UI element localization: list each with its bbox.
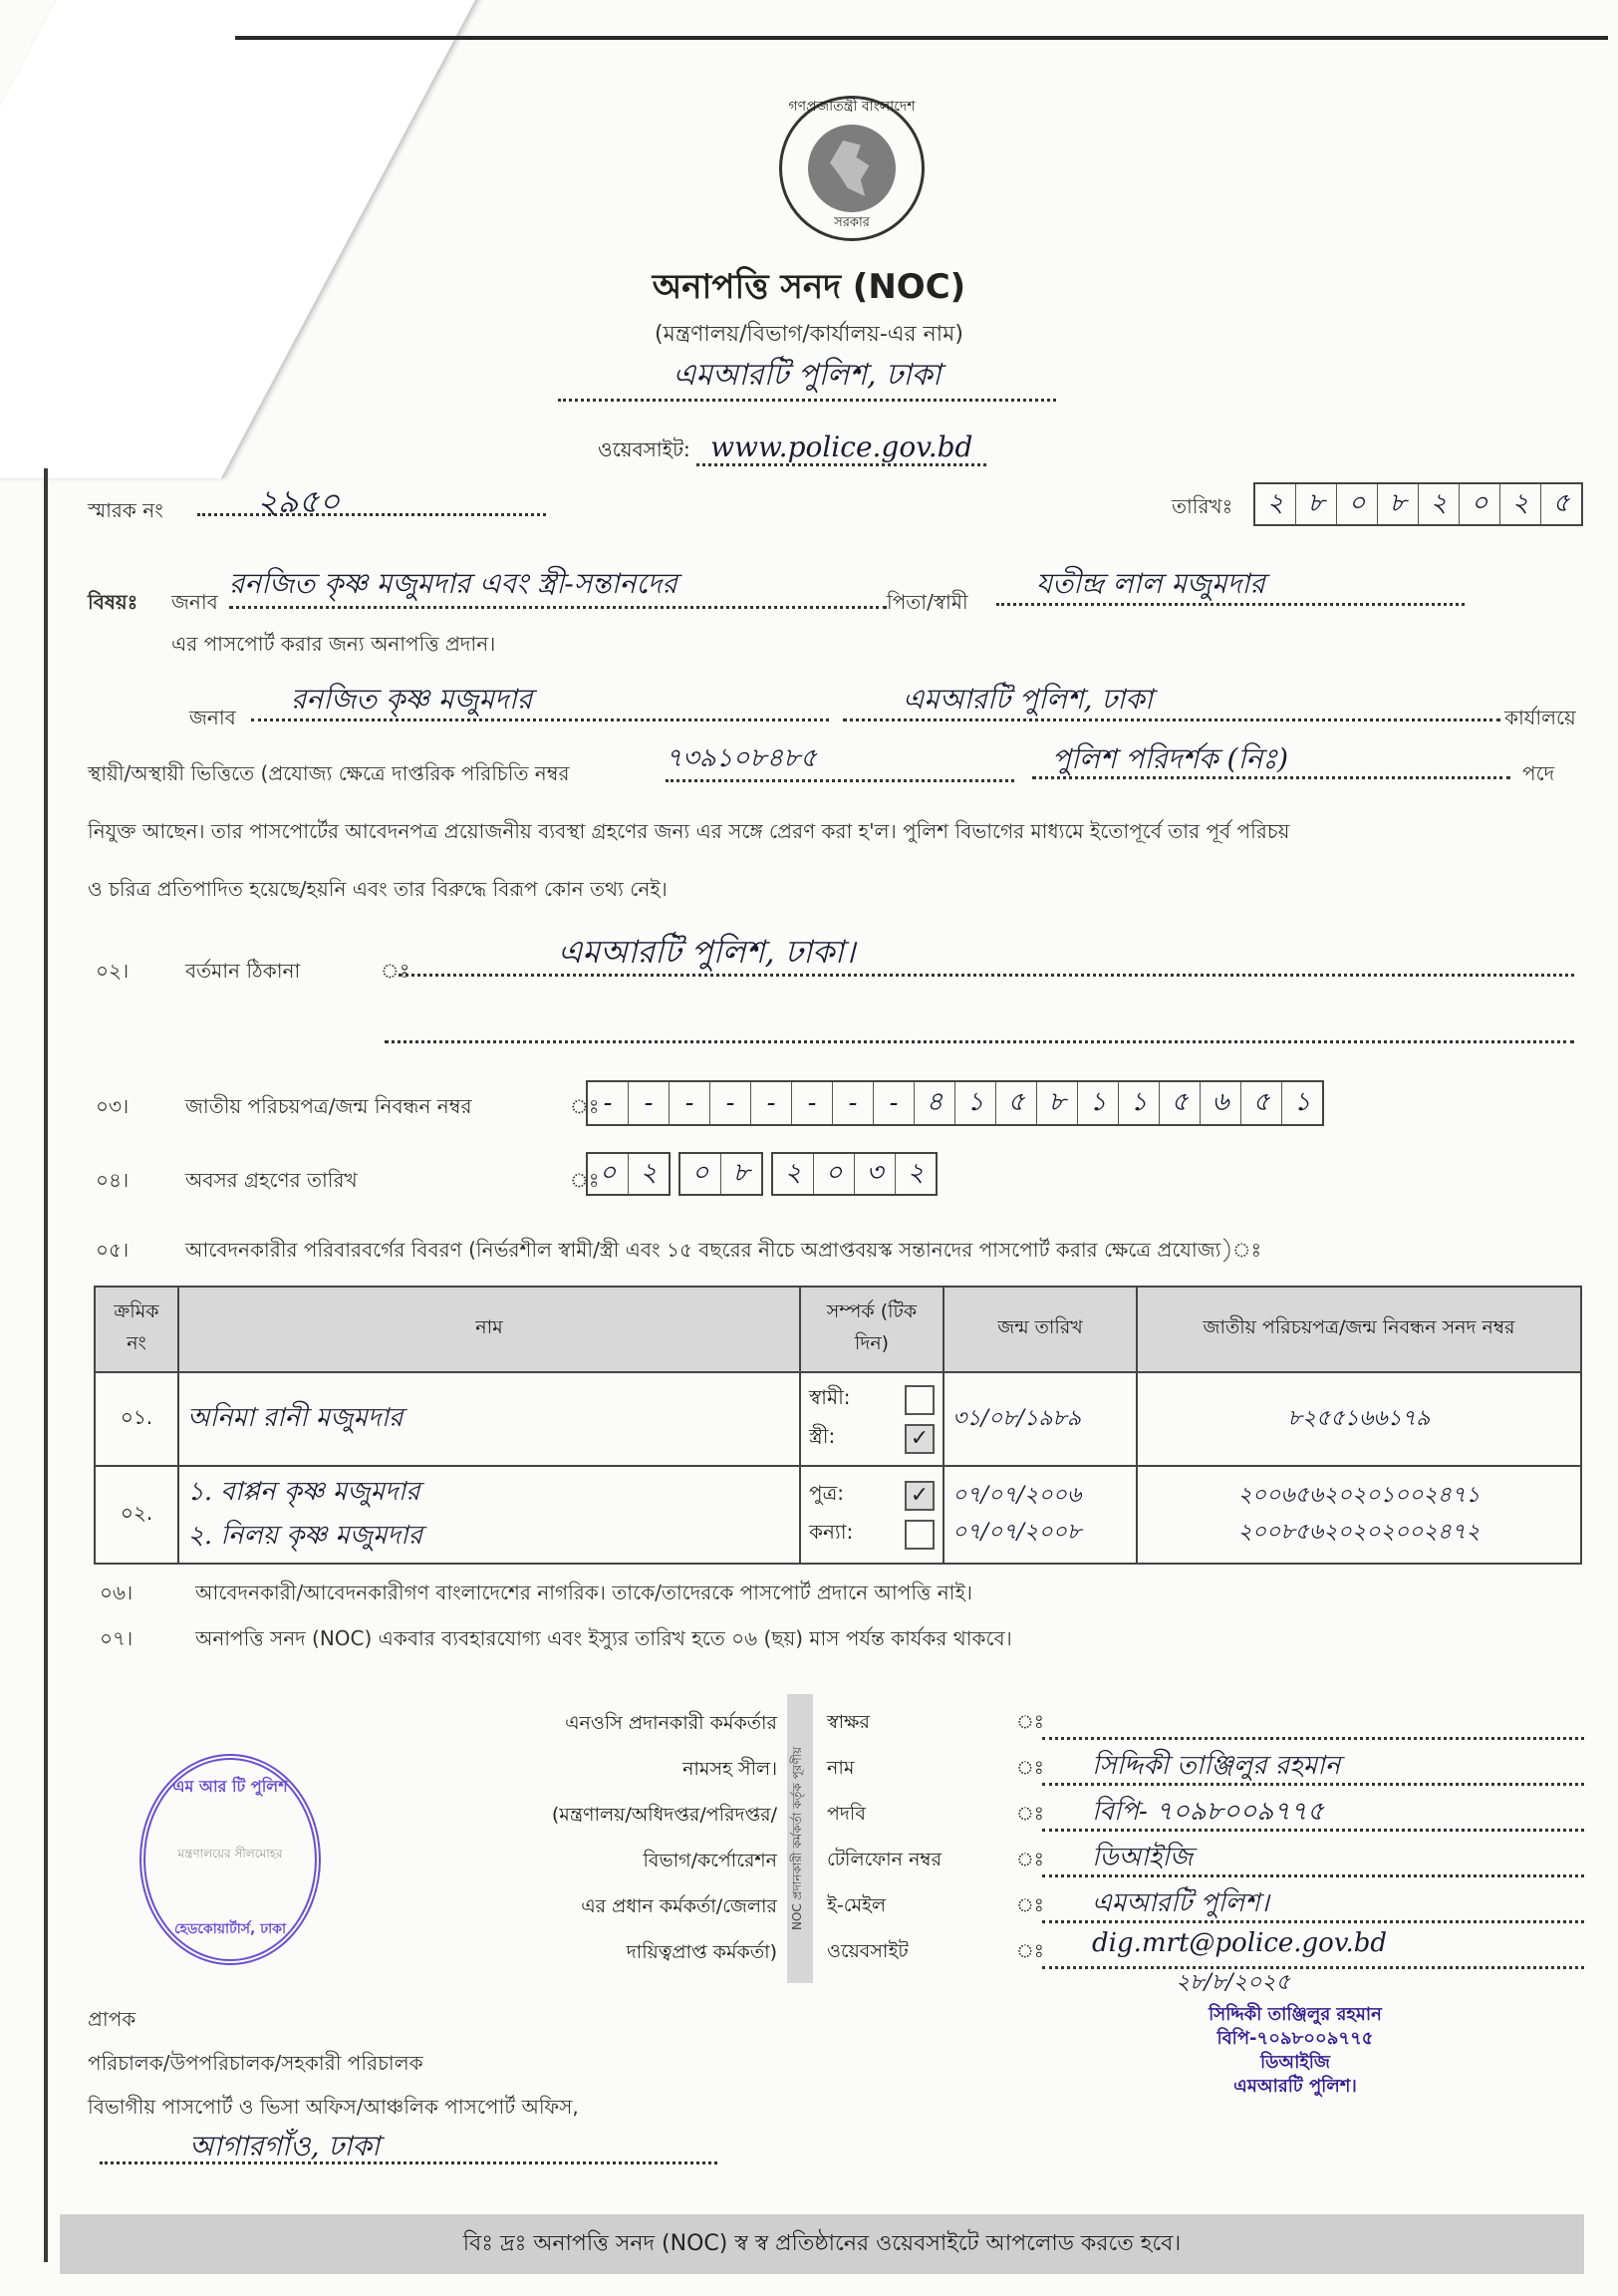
address-num: ০২। — [96, 957, 129, 990]
retirement-date-boxes[interactable]: ০২ ০৮ ২০৩২ — [586, 1152, 938, 1196]
government-emblem: গণপ্রজাতন্ত্রী বাংলাদেশ সরকার — [779, 96, 925, 241]
subject-label: বিষয়ঃ — [88, 588, 137, 621]
issuer-caption: এনওসি প্রদানকারী কর্মকর্তারনামসহ সীল।(মন… — [438, 1700, 777, 1975]
cell-name[interactable]: অনিমা রানী মজুমদার — [178, 1372, 800, 1466]
date-label: তারিখঃ — [1172, 492, 1232, 525]
seal-line: সিদ্দিকী তাঞ্জিলুর রহমান — [1136, 2003, 1455, 2027]
retirement-label: অবসর গ্রহণের তারিখ — [185, 1166, 358, 1199]
family-table-header: ক্রমিক নং নাম সম্পর্ক (টিক দিন) জন্ম তার… — [95, 1287, 1581, 1372]
nid-value[interactable]: ২০০৬৫৬২০২০১০০২৪৭১ — [1146, 1478, 1572, 1515]
seal-line: এমআরটি পুলিশ। — [1136, 2075, 1455, 2099]
office-field[interactable]: এমআরটি পুলিশ, ঢাকা — [843, 678, 1500, 721]
issuer-field-label: টেলিফোন নম্বর — [827, 1846, 1016, 1877]
digit-box[interactable]: ১ — [955, 1082, 996, 1124]
footer-note-band: বিঃ দ্রঃ অনাপত্তি সনদ (NOC) স্ব স্ব প্রত… — [60, 2214, 1584, 2274]
website-field[interactable]: www.police.gov.bd — [696, 430, 986, 466]
issuer-field-label: ওয়েবসাইট — [827, 1937, 1016, 1969]
digit-box[interactable]: ৮ — [1378, 484, 1419, 524]
issuer-field-row: টেলিফোন নম্বরঃডিআইজি — [827, 1832, 1584, 1877]
retirement-year[interactable]: ২০৩২ — [771, 1152, 938, 1196]
nid-label: জাতীয় পরিচয়পত্র/জন্ম নিবন্ধন নম্বর — [185, 1092, 471, 1125]
digit-box[interactable]: - — [670, 1082, 710, 1124]
subject-line2: এর পাসপোর্ট করার জন্য অনাপত্তি প্রদান। — [171, 630, 495, 663]
member-name[interactable]: ২. নিলয় কৃষ্ণ মজুমদার — [187, 1515, 791, 1559]
recipient-line1: পরিচালক/উপপরিচালক/সহকারী পরিচালক — [88, 2049, 423, 2082]
digit-box[interactable]: ৬ — [1201, 1082, 1241, 1124]
retirement-num: ০৪। — [96, 1166, 129, 1199]
cell-relation: স্বামী:স্ত্রী:✓ — [800, 1372, 944, 1466]
family-table-row: ০১.অনিমা রানী মজুমদারস্বামী:স্ত্রী:✓৩১/০… — [95, 1372, 1581, 1466]
issuer-field-row: ই-মেইলঃএমআরটি পুলিশ। — [827, 1877, 1584, 1923]
bangladesh-map-icon — [830, 141, 874, 196]
relation-checkbox[interactable] — [905, 1385, 935, 1415]
colon: ঃ — [1016, 1846, 1042, 1877]
office-suffix: কার্যালয়ে — [1504, 704, 1576, 736]
relation-label: পুত্র: — [809, 1479, 844, 1512]
digit-box[interactable]: ২ — [1500, 484, 1541, 524]
seal-line: ডিআইজি — [1136, 2051, 1455, 2075]
cell-relation: পুত্র:✓কন্যা: — [800, 1466, 944, 1564]
digit-box[interactable]: - — [833, 1082, 874, 1124]
emblem-disc — [808, 125, 896, 212]
caption-line: (মন্ত্রণালয়/অধিদপ্তর/পরিদপ্তর/ — [438, 1792, 777, 1838]
basis-text: স্থায়ী/অস্থায়ী ভিত্তিতে (প্রযোজ্য ক্ষে… — [88, 759, 570, 792]
body-para-line3: নিযুক্ত আছেন। তার পাসপোর্টের আবেদনপত্র প… — [88, 817, 1582, 850]
colon: ঃ — [1016, 1754, 1042, 1786]
issuer-field-label: পদবি — [827, 1800, 1016, 1832]
digit-box[interactable]: ৫ — [1541, 484, 1581, 524]
address-label: বর্তমান ঠিকানা — [185, 957, 300, 990]
family-num: ০৫। — [96, 1236, 129, 1269]
issuer-field-row: পদবিঃবিপি- ৭০৯৮০০৯৭৭৫ — [827, 1786, 1584, 1832]
father-name-field[interactable]: যতীন্দ্র লাল মজুমদার — [996, 562, 1465, 606]
digit-box[interactable]: ০ — [814, 1154, 855, 1194]
issuer-field-value[interactable]: dig.mrt@police.gov.bd — [1042, 1928, 1584, 1969]
digit-box[interactable]: - — [792, 1082, 833, 1124]
family-table-row: ০২.১. বাপ্পন কৃষ্ণ মজুমদার২. নিলয় কৃষ্ণ… — [95, 1466, 1581, 1564]
relation-label: স্ত্রী: — [809, 1422, 835, 1455]
cell-dob[interactable]: ৩১/০৮/১৯৮৯ — [944, 1372, 1137, 1466]
relation-label: স্বামী: — [809, 1383, 851, 1416]
paper-fold — [0, 0, 499, 478]
sign-date: ২৮/৮/২০২৫ — [1176, 1965, 1290, 2002]
clause-06-num: ০৬। — [100, 1578, 133, 1611]
address-field-line2[interactable] — [385, 1016, 1574, 1043]
official-id-field[interactable]: ৭৩৯১০৮৪৮৫ — [666, 737, 1014, 782]
cell-serial: ০২. — [95, 1466, 178, 1564]
cell-serial: ০১. — [95, 1372, 178, 1466]
seal-line: বিপি-৭০৯৮০০৯৭৭৫ — [1136, 2027, 1455, 2051]
digit-box[interactable]: ৪ — [915, 1082, 955, 1124]
caption-line: এনওসি প্রদানকারী কর্মকর্তার — [438, 1700, 777, 1746]
digit-box[interactable]: ২ — [1419, 484, 1460, 524]
dob-value[interactable]: ০৭/০৭/২০০৬ — [952, 1478, 1128, 1515]
digit-box[interactable]: ২ — [1255, 484, 1296, 524]
digit-box[interactable]: ০ — [588, 1154, 629, 1194]
relation-option: স্বামী: — [809, 1383, 935, 1416]
retirement-month[interactable]: ০৮ — [678, 1152, 763, 1196]
issuer-field-row: ওয়েবসাইটঃdig.mrt@police.gov.bd — [827, 1923, 1584, 1969]
subject-name-field[interactable]: রনজিত কৃষ্ণ মজুমদার এবং স্ত্রী-সন্তানদের — [229, 562, 887, 609]
cell-nid[interactable]: ৮২৫৫১৬৬১৭৯ — [1137, 1372, 1581, 1466]
clause-07-num: ০৭। — [100, 1624, 133, 1657]
digit-box[interactable]: - — [588, 1082, 629, 1124]
member-name[interactable]: অনিমা রানী মজুমদার — [187, 1397, 791, 1441]
nid-value[interactable]: ২০০৮৫৬২০২০২০০২৪৭২ — [1146, 1515, 1572, 1552]
issuer-field-value[interactable]: এমআরটি পুলিশ। — [1042, 1882, 1584, 1923]
relation-checkbox[interactable]: ✓ — [905, 1424, 935, 1454]
memo-date-boxes[interactable]: ২৮০৮২০২৫ — [1253, 482, 1583, 526]
body-para-line4: ও চরিত্র প্রতিপাদিত হয়েছে/হয়নি এবং তার… — [88, 875, 668, 908]
issuer-field-value[interactable]: ডিআইজি — [1042, 1837, 1584, 1877]
relation-checkbox[interactable] — [905, 1520, 935, 1550]
digit-box[interactable]: ২ — [773, 1154, 814, 1194]
digit-box[interactable]: - — [874, 1082, 915, 1124]
colon: ঃ — [1016, 1891, 1042, 1923]
digit-box[interactable]: ৫ — [1160, 1082, 1201, 1124]
cell-nid[interactable]: ২০০৬৫৬২০২০১০০২৪৭১২০০৮৫৬২০২০২০০২৪৭২ — [1137, 1466, 1581, 1564]
digit-box[interactable]: ১ — [1078, 1082, 1119, 1124]
digit-box[interactable]: ২ — [629, 1154, 669, 1194]
col-relation: সম্পর্ক (টিক দিন) — [800, 1287, 944, 1372]
ministry-name-field[interactable]: এমআরটি পুলিশ, ঢাকা — [558, 351, 1056, 402]
issuer-field-value[interactable]: বিপি- ৭০৯৮০০৯৭৭৫ — [1042, 1791, 1584, 1832]
colon: ঃ — [1016, 1708, 1042, 1740]
relation-option: পুত্র:✓ — [809, 1479, 935, 1512]
stamp-bottom-text: হেডকোয়ার্টার্স, ঢাকা — [145, 1917, 315, 1941]
col-name: নাম — [178, 1287, 800, 1372]
memo-number-field[interactable]: ২৯৫০ — [197, 476, 546, 516]
digit-box[interactable]: ১ — [1282, 1082, 1322, 1124]
retirement-day[interactable]: ০২ — [586, 1152, 671, 1196]
body-mr-label: জনাব — [189, 704, 236, 736]
post-suffix: পদে — [1522, 759, 1554, 792]
digit-box[interactable]: ৩ — [855, 1154, 896, 1194]
dob-value[interactable]: ০৭/০৭/২০০৮ — [952, 1515, 1128, 1552]
top-border — [235, 36, 1608, 40]
officer-seal: সিদ্দিকী তাঞ্জিলুর রহমানবিপি-৭০৯৮০০৯৭৭৫ড… — [1136, 2003, 1455, 2099]
nid-boxes[interactable]: --------৪১৫৮১১৫৬৫১ — [586, 1080, 1324, 1126]
digit-box[interactable]: ৫ — [1241, 1082, 1282, 1124]
relation-option: কন্যা: — [809, 1518, 935, 1551]
dob-value[interactable]: ৩১/০৮/১৯৮৯ — [952, 1401, 1128, 1438]
digit-box[interactable]: ১ — [1119, 1082, 1160, 1124]
digit-box[interactable]: ৮ — [721, 1154, 761, 1194]
document-subtitle: (মন্ত্রণালয়/বিভাগ/কার্যালয়-এর নাম) — [0, 317, 1618, 354]
office-round-stamp: এম আর টি পুলিশ মন্ত্রণালয়ের সীলমোহর হেড… — [139, 1754, 321, 1965]
digit-box[interactable]: ৮ — [1037, 1082, 1078, 1124]
cell-name[interactable]: ১. বাপ্পন কৃষ্ণ মজুমদার২. নিলয় কৃষ্ণ মজ… — [178, 1466, 800, 1564]
caption-line: দায়িত্বপ্রাপ্ত কর্মকর্তা) — [438, 1929, 777, 1975]
website-row: ওয়েবসাইট: www.police.gov.bd — [598, 430, 986, 468]
col-dob: জন্ম তারিখ — [944, 1287, 1137, 1372]
issuer-field-label: নাম — [827, 1754, 1016, 1786]
address-field-line1[interactable]: এমআরটি পুলিশ, ঢাকা। — [399, 927, 1574, 977]
left-border — [44, 468, 48, 2262]
recipient-office-field[interactable]: আগারগাঁও, ঢাকা — [100, 2125, 717, 2164]
applicant-name-field[interactable]: রনজিত কৃষ্ণ মজুমদার — [251, 678, 829, 721]
emblem-ring-bottom: সরকার — [782, 213, 922, 234]
memo-label: স্মারক নং — [88, 496, 163, 529]
nid-num: ০৩। — [96, 1092, 129, 1125]
father-label: পিতা/স্বামী — [887, 588, 968, 621]
stamp-top-text: এম আর টি পুলিশ — [145, 1774, 315, 1801]
issuer-field-row: স্বাক্ষরঃ — [827, 1694, 1584, 1740]
family-table: ক্রমিক নং নাম সম্পর্ক (টিক দিন) জন্ম তার… — [94, 1286, 1582, 1565]
recipient-line2: বিভাগীয় পাসপোর্ট ও ভিসা অফিস/আঞ্চলিক পা… — [88, 2093, 579, 2126]
issuer-field-value[interactable]: সিদ্দিকী তাঞ্জিলুর রহমান — [1042, 1745, 1584, 1786]
issuer-field-label: স্বাক্ষর — [827, 1708, 1016, 1740]
col-serial: ক্রমিক নং — [95, 1287, 178, 1372]
emblem-ring-top: গণপ্রজাতন্ত্রী বাংলাদেশ — [782, 95, 922, 119]
colon: ঃ — [1016, 1937, 1042, 1969]
colon: ঃ — [1016, 1800, 1042, 1832]
digit-box[interactable]: - — [629, 1082, 670, 1124]
cell-dob[interactable]: ০৭/০৭/২০০৬০৭/০৭/২০০৮ — [944, 1466, 1137, 1564]
member-name[interactable]: ১. বাপ্পন কৃষ্ণ মজুমদার — [187, 1471, 791, 1515]
digit-box[interactable]: ৮ — [1296, 484, 1337, 524]
subject-mr-label: জনাব — [171, 588, 218, 621]
digit-box[interactable]: ২ — [896, 1154, 936, 1194]
issuer-field-row: নামঃসিদ্দিকী তাঞ্জিলুর রহমান — [827, 1740, 1584, 1786]
col-nid: জাতীয় পরিচয়পত্র/জন্ম নিবন্ধন সনদ নম্বর — [1137, 1287, 1581, 1372]
relation-option: স্ত্রী:✓ — [809, 1422, 935, 1455]
clause-07-text: অনাপত্তি সনদ (NOC) একবার ব্যবহারযোগ্য এব… — [195, 1624, 1012, 1657]
caption-line: এর প্রধান কর্মকর্তা/জেলার — [438, 1883, 777, 1929]
noc-vertical-band: NOC প্রদানকারী কর্মকর্তা কর্তৃক পূরণীয় — [787, 1694, 813, 1983]
relation-checkbox[interactable]: ✓ — [905, 1481, 935, 1511]
issuer-field-label: ই-মেইল — [827, 1891, 1016, 1923]
document-title: অনাপত্তি সনদ (NOC) — [0, 261, 1618, 318]
digit-box[interactable]: ৫ — [996, 1082, 1037, 1124]
stamp-center-text: মন্ত্রণালয়ের সীলমোহর — [145, 1846, 315, 1865]
family-intro: আবেদনকারীর পরিবারবর্গের বিবরণ (নির্ভরশীল… — [185, 1236, 1600, 1269]
caption-line: বিভাগ/কর্পোরেশন — [438, 1838, 777, 1883]
caption-line: নামসহ সীল। — [438, 1746, 777, 1792]
clause-06-text: আবেদনকারী/আবেদনকারীগণ বাংলাদেশের নাগরিক।… — [195, 1578, 972, 1611]
issuer-field-value[interactable] — [1042, 1699, 1584, 1740]
digit-box[interactable]: ০ — [680, 1154, 721, 1194]
digit-box[interactable]: - — [710, 1082, 751, 1124]
digit-box[interactable]: ০ — [1337, 484, 1378, 524]
recipient-label: প্রাপক — [88, 2005, 135, 2038]
footer-note: বিঃ দ্রঃ অনাপত্তি সনদ (NOC) স্ব স্ব প্রত… — [463, 2226, 1182, 2263]
post-field[interactable]: পুলিশ পরিদর্শক (নিঃ) — [1032, 737, 1510, 779]
website-label: ওয়েবসাইট: — [598, 437, 690, 461]
digit-box[interactable]: - — [751, 1082, 792, 1124]
nid-value[interactable]: ৮২৫৫১৬৬১৭৯ — [1146, 1401, 1572, 1438]
digit-box[interactable]: ০ — [1460, 484, 1500, 524]
issuer-fields: স্বাক্ষরঃনামঃসিদ্দিকী তাঞ্জিলুর রহমানপদব… — [827, 1694, 1584, 1969]
relation-label: কন্যা: — [809, 1518, 853, 1551]
